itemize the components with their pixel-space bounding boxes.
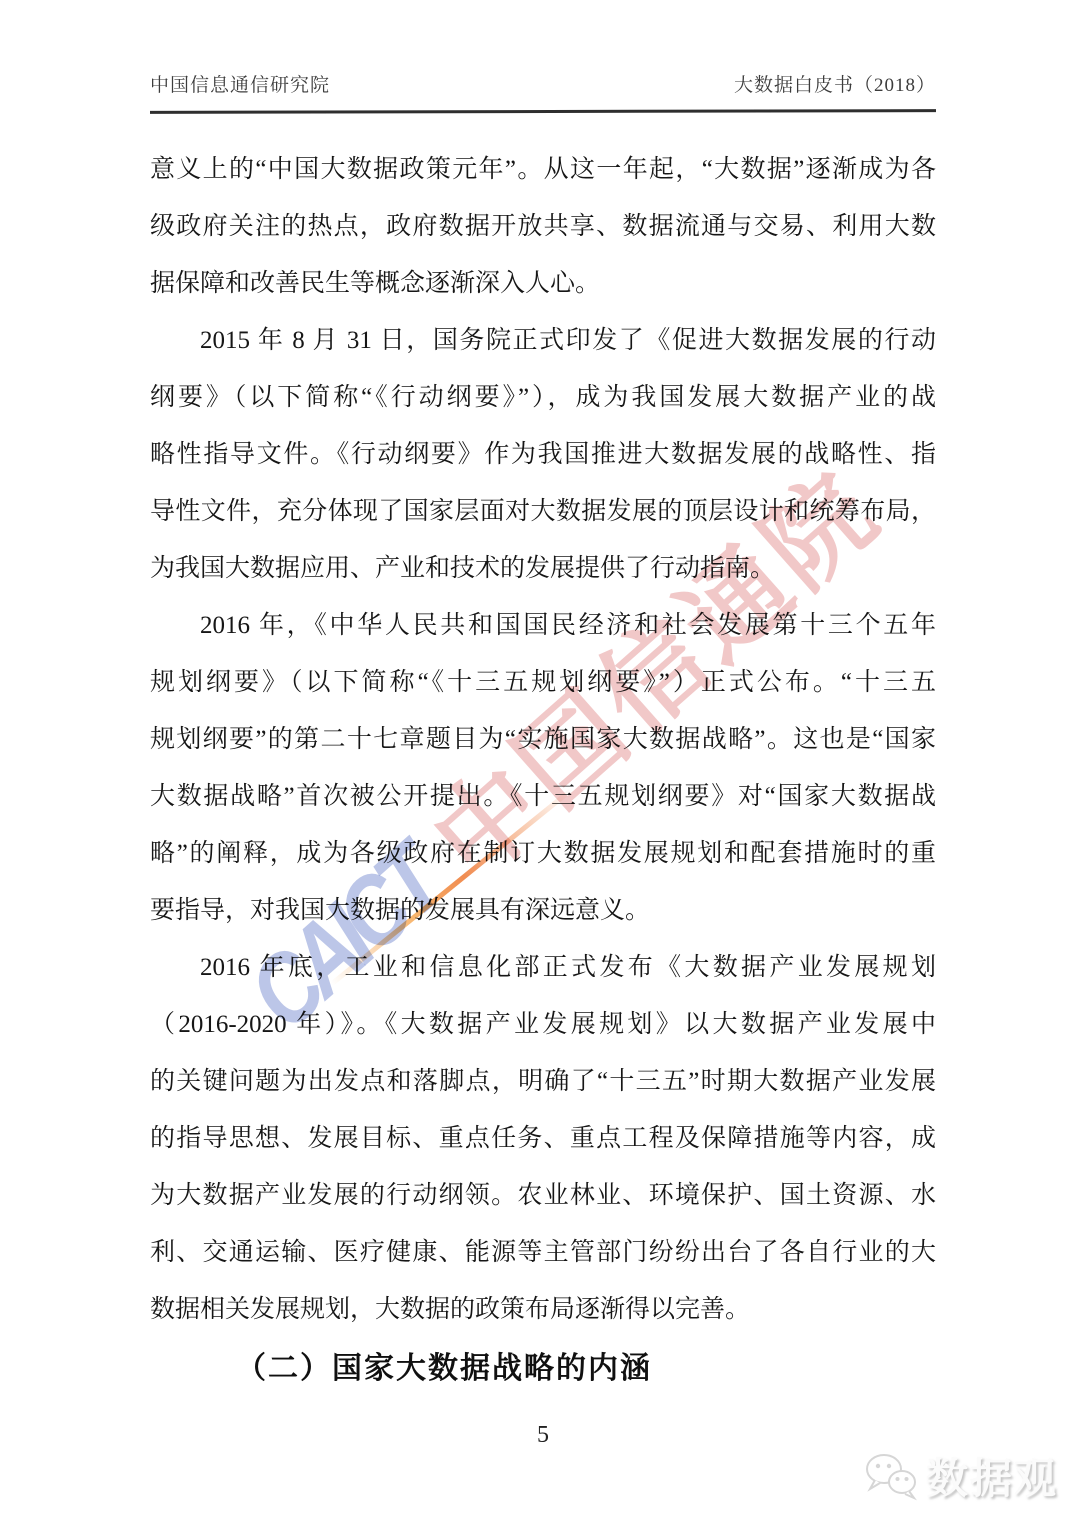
page-body: 意义上的“中国大数据政策元年”。从这一年起，“大数据”逐渐成为各 级政府关注的热… [150,141,936,1464]
paragraph: 2016 年底，工业和信息化部正式发布《大数据产业发展规划 （2016-2020… [150,939,936,1338]
body-line: 略”的阐释，成为各级政府在制订大数据发展规划和配套措施时的重 [150,825,936,882]
body-line: 为我国大数据应用、产业和技术的发展提供了行动指南。 [150,540,936,597]
header-rule [150,109,936,114]
paragraph: 2015 年 8 月 31 日，国务院正式印发了《促进大数据发展的行动 纲要》（… [150,312,936,597]
body-line: 级政府关注的热点，政府数据开放共享、数据流通与交易、利用大数 [150,198,936,255]
paragraph: 2016 年，《中华人民共和国国民经济和社会发展第十三个五年 规划纲要》（以下简… [150,597,936,939]
document-page: 中国信息通信研究院 大数据白皮书（2018） 意义上的“中国大数据政策元年”。从… [0,0,1080,1526]
header-institution: 中国信息通信研究院 [150,70,330,97]
body-line: 规划纲要”的第二十七章题目为“实施国家大数据战略”。这也是“国家 [150,711,936,768]
body-line: 要指导，对我国大数据的发展具有深远意义。 [150,882,936,939]
page-number: 5 [150,1407,936,1464]
body-line: 的指导思想、发展目标、重点任务、重点工程及保障措施等内容，成 [150,1110,936,1167]
section-heading: （二）国家大数据战略的内涵 [150,1347,936,1391]
paragraph: 意义上的“中国大数据政策元年”。从这一年起，“大数据”逐渐成为各 级政府关注的热… [150,141,936,312]
body-line: 2016 年，《中华人民共和国国民经济和社会发展第十三个五年 [150,597,936,654]
body-line: 据保障和改善民生等概念逐渐深入人心。 [150,255,936,312]
body-line: 利、交通运输、医疗健康、能源等主管部门纷纷出台了各自行业的大 [150,1224,936,1281]
body-line: 2016 年底，工业和信息化部正式发布《大数据产业发展规划 [150,939,936,996]
body-line: 意义上的“中国大数据政策元年”。从这一年起，“大数据”逐渐成为各 [150,141,936,198]
body-line: 导性文件，充分体现了国家层面对大数据发展的顶层设计和统筹布局， [150,483,936,540]
body-line: 数据相关发展规划，大数据的政策布局逐渐得以完善。 [150,1281,936,1338]
body-line: 纲要》（以下简称“《行动纲要》”），成为我国发展大数据产业的战 [150,369,936,426]
body-line: 大数据战略”首次被公开提出。《十三五规划纲要》对“国家大数据战 [150,768,936,825]
body-line: 略性指导文件。《行动纲要》作为我国推进大数据发展的战略性、指 [150,426,936,483]
footer-brand-label: 数据观 [926,1446,1058,1506]
body-line: 为大数据产业发展的行动纲领。农业林业、环境保护、国土资源、水 [150,1167,936,1224]
body-line: 规划纲要》（以下简称“《十三五规划纲要》”）正式公布。“十三五 [150,654,936,711]
body-line: 的关键问题为出发点和落脚点，明确了“十三五”时期大数据产业发展 [150,1053,936,1110]
body-line: 2015 年 8 月 31 日，国务院正式印发了《促进大数据发展的行动 [150,312,936,369]
body-line: （2016-2020 年）》。《大数据产业发展规划》以大数据产业发展中 [150,996,936,1053]
header-doc-title: 大数据白皮书（2018） [734,70,936,97]
running-header: 中国信息通信研究院 大数据白皮书（2018） [150,70,936,97]
